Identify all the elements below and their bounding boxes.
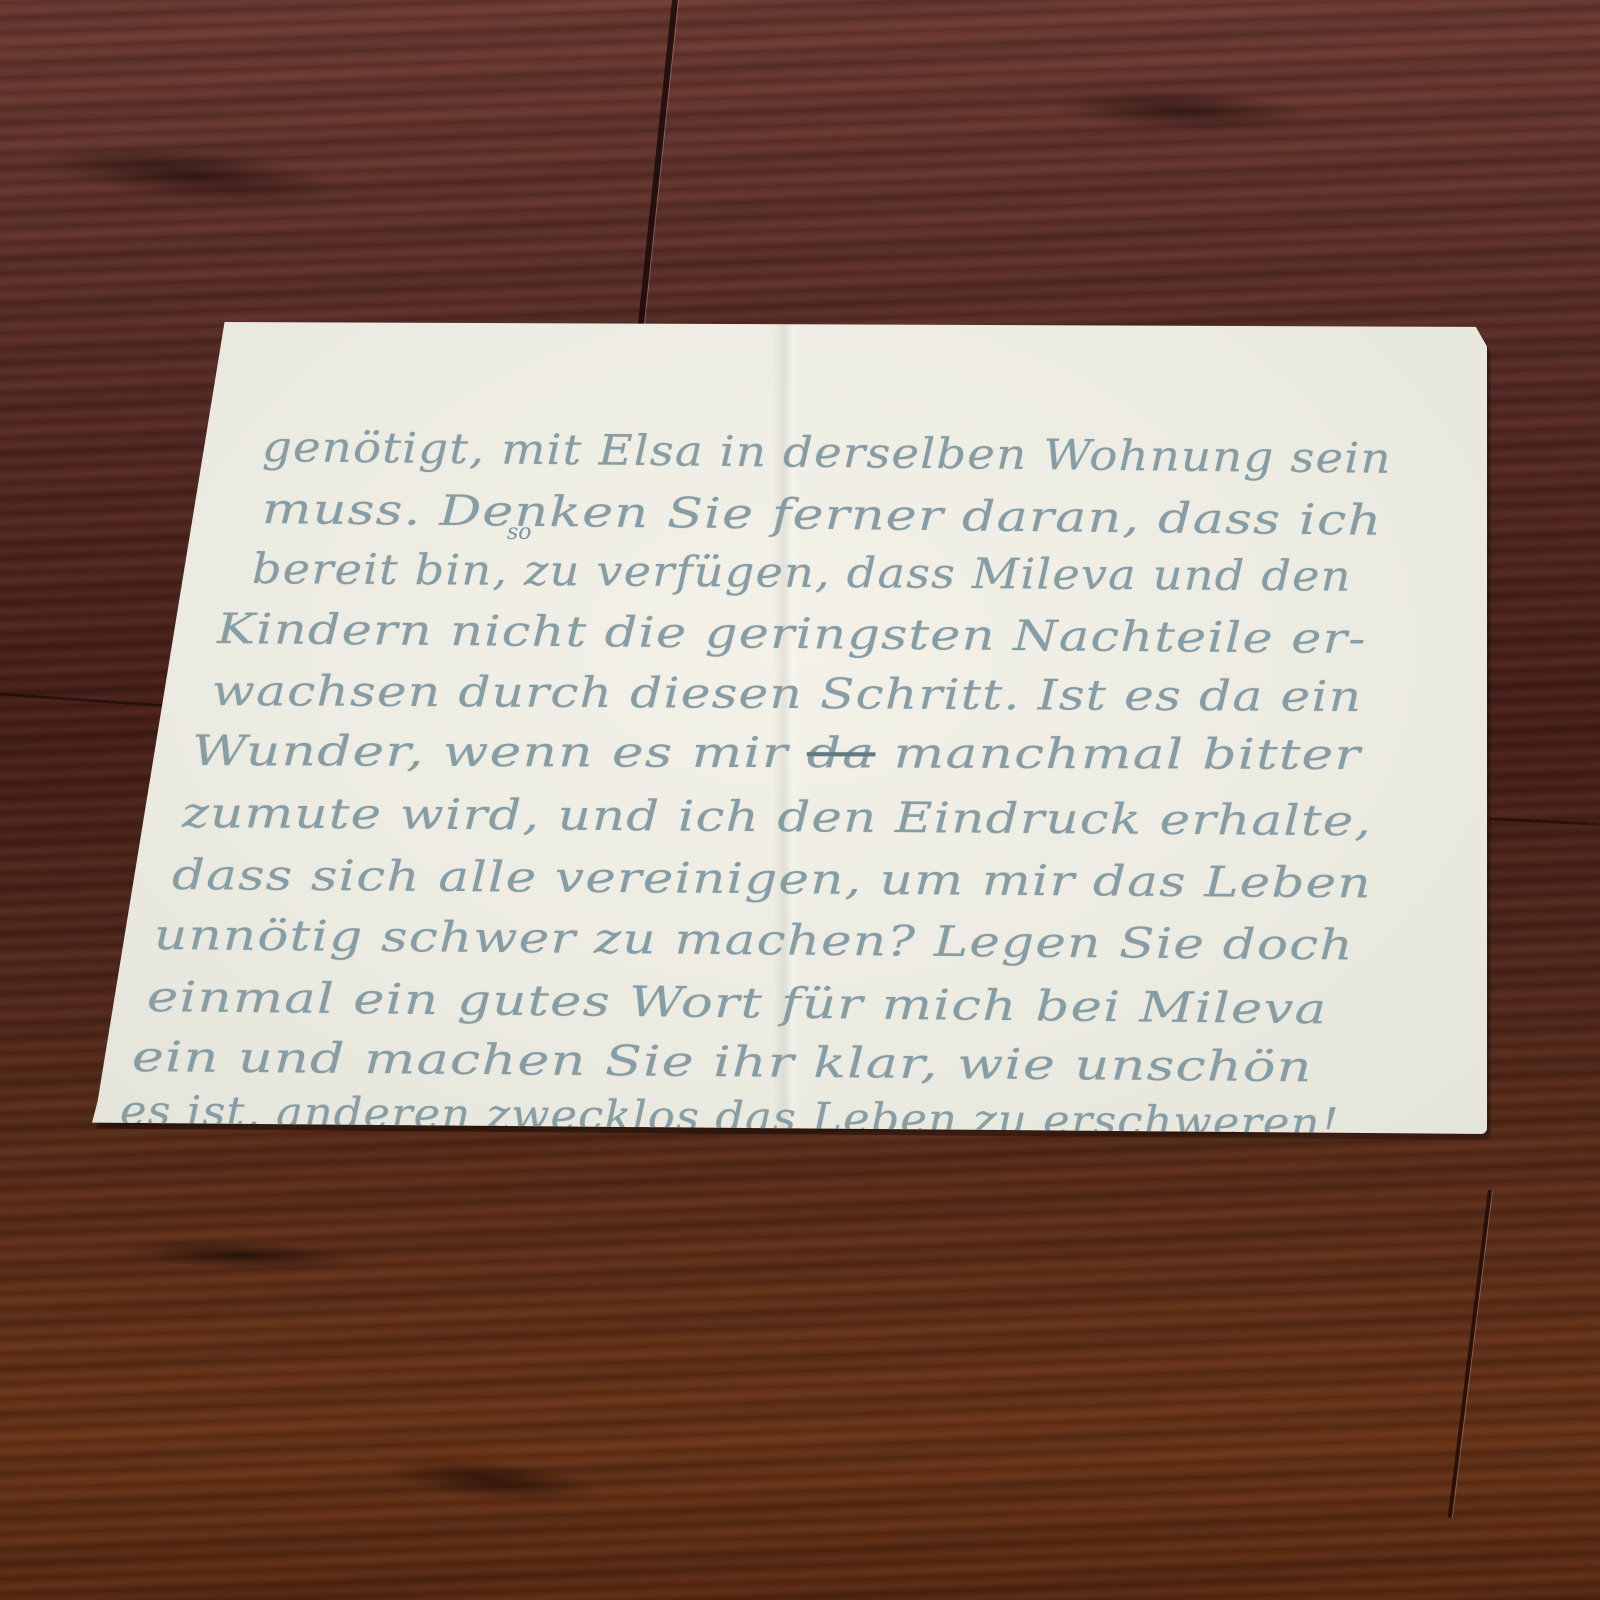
struck-word: da bbox=[807, 728, 876, 777]
wood-grain-mark bbox=[1049, 85, 1310, 134]
letter-line: genötigt, mit Elsa in derselben Wohnung … bbox=[262, 422, 1392, 483]
letter-body: genötigt, mit Elsa in derselben Wohnung … bbox=[92, 322, 1487, 1134]
line-text: Wunder, wenn es mir bbox=[192, 726, 807, 777]
letter-line: Wunder, wenn es mir da manchmal bitter bbox=[192, 726, 1361, 779]
letter-line: zumute wird, und ich den Eindruck erhalt… bbox=[182, 788, 1372, 845]
letter-line: einmal ein gutes Wort für mich bei Milev… bbox=[147, 972, 1328, 1033]
letter-line: dass sich alle vereinigen, um mir das Le… bbox=[172, 850, 1372, 907]
floorboard-seam bbox=[1448, 1190, 1492, 1518]
letter-line: unnötig schwer zu machen? Legen Sie doch bbox=[154, 910, 1354, 969]
letter-line: ein und machen Sie ihr klar, wie unschön bbox=[132, 1032, 1313, 1091]
floorboard-seam bbox=[637, 0, 678, 330]
letter-line: muss. Denken Sie ferner daran, dass ich bbox=[262, 484, 1383, 545]
wood-grain-mark bbox=[379, 1449, 602, 1512]
letter-sheet: genötigt, mit Elsa in derselben Wohnung … bbox=[92, 322, 1487, 1134]
letter-line: bereit bin, zu verfügen, dass Mileva und… bbox=[252, 544, 1352, 601]
letter-line: wachsen durch diesen Schritt. Ist es da … bbox=[212, 666, 1362, 721]
inserted-word: so bbox=[507, 520, 532, 545]
wood-grain-mark bbox=[119, 1234, 360, 1277]
letter-line: Kindern nicht die geringsten Nachteile e… bbox=[217, 604, 1367, 663]
floorboard-seam bbox=[1490, 817, 1600, 826]
line-text: manchmal bitter bbox=[875, 728, 1361, 779]
wood-grain-mark bbox=[38, 137, 341, 213]
